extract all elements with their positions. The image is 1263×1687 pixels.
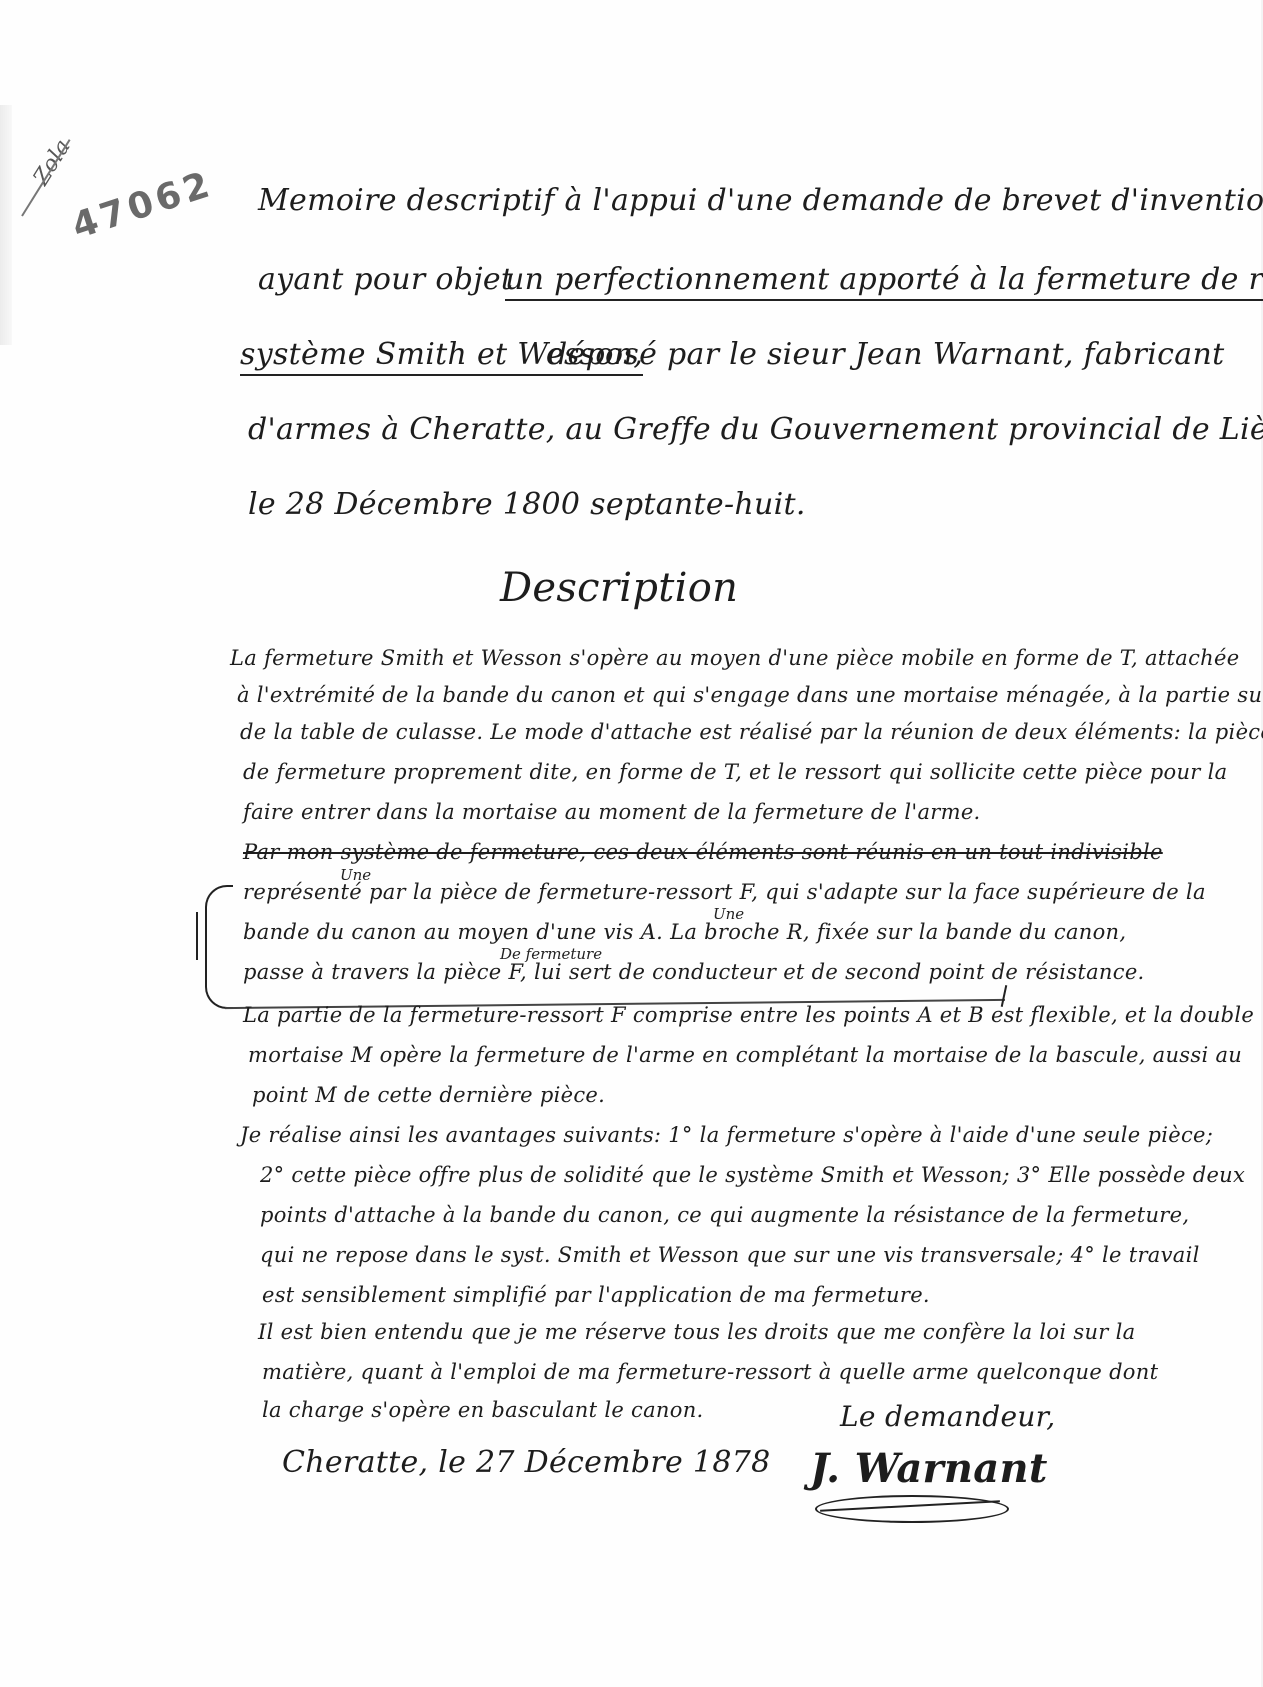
margin-tick-mark: [196, 912, 198, 960]
body-line: la charge s'opère en basculant le canon.: [262, 1398, 704, 1422]
section-title: Description: [500, 565, 738, 611]
body-line-amended: passe à travers la pièce F, lui sert de …: [243, 960, 1145, 984]
place-and-date: Cheratte, le 27 Décembre 1878: [282, 1445, 770, 1480]
body-line: matière, quant à l'emploi de ma fermetur…: [262, 1360, 1158, 1384]
body-line: mortaise M opère la fermeture de l'arme …: [248, 1043, 1242, 1067]
body-line: point M de cette dernière pièce.: [252, 1083, 605, 1107]
body-line: points d'attache à la bande du canon, ce…: [260, 1203, 1189, 1227]
heading-line-2a: ayant pour objet: [258, 262, 513, 297]
body-line: 2° cette pièce offre plus de solidité qu…: [260, 1163, 1245, 1187]
body-line: La fermeture Smith et Wesson s'opère au …: [230, 646, 1239, 670]
document-page: Zola 47062 Memoire descriptif à l'appui …: [0, 0, 1263, 1687]
amendment-bracket: [205, 885, 233, 1009]
heading-line-1: Memoire descriptif à l'appui d'une deman…: [258, 183, 1263, 218]
body-line: est sensiblement simplifié par l'applica…: [262, 1283, 930, 1307]
signature-label: Le demandeur,: [840, 1400, 1055, 1433]
body-line: qui ne repose dans le syst. Smith et Wes…: [260, 1243, 1200, 1267]
body-line-amended: représenté par la pièce de fermeture-res…: [243, 880, 1206, 904]
body-line: Je réalise ainsi les avantages suivants:…: [240, 1123, 1213, 1147]
body-line: Il est bien entendu que je me réserve to…: [258, 1320, 1135, 1344]
body-line: La partie de la fermeture-ressort F comp…: [243, 1003, 1254, 1027]
margin-note: Zola: [29, 135, 76, 190]
heading-line-3b: déposé par le sieur Jean Warnant, fabric…: [548, 337, 1224, 372]
body-line: de la table de culasse. Le mode d'attach…: [240, 720, 1263, 744]
body-line-amended: bande du canon au moyen d'une vis A. La …: [243, 920, 1126, 944]
scan-edge: [0, 105, 12, 345]
body-line: à l'extrémité de la bande du canon et qu…: [237, 683, 1263, 707]
body-line-struck: Par mon système de fermeture, ces deux é…: [243, 840, 1163, 864]
document-number-stamp: 47062: [67, 164, 218, 248]
heading-invention-title: un perfectionnement apporté à la fermetu…: [505, 262, 1263, 301]
heading-date-line: le 28 Décembre 1800 septante-huit.: [248, 487, 806, 522]
heading-line-4: d'armes à Cheratte, au Greffe du Gouvern…: [248, 412, 1263, 447]
body-line: de fermeture proprement dite, en forme d…: [243, 760, 1227, 784]
body-line: faire entrer dans la mortaise au moment …: [243, 800, 981, 824]
signature: J. Warnant: [810, 1445, 1048, 1492]
